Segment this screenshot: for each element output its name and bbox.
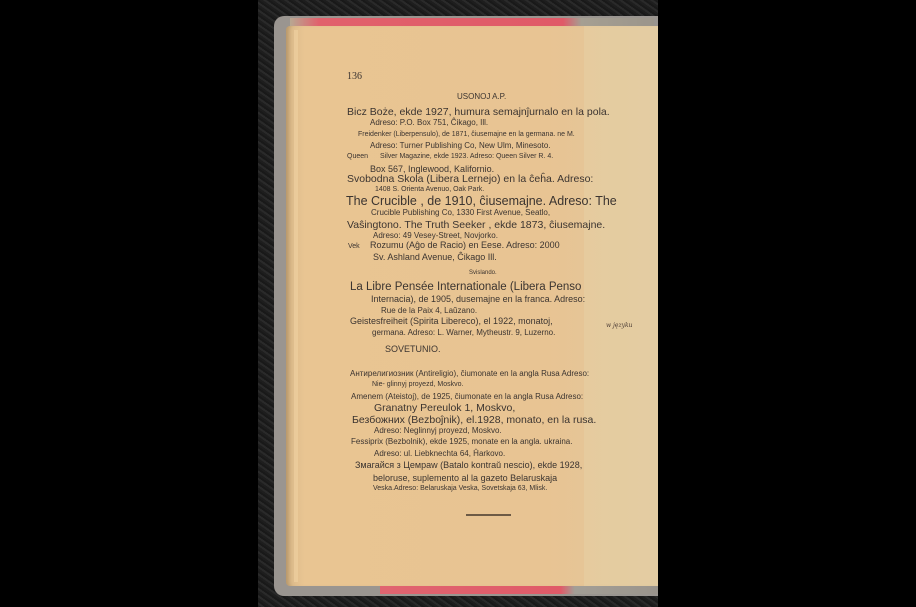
entry-line: Vaŝingtono. The Truth Seeker , ekde 1873…	[347, 220, 605, 231]
entry-line: Adreso: ul. Liebknechta 64, Ĥarkovo.	[374, 450, 505, 458]
entry-line: The Crucible , de 1910, ĉiusemajne. Adre…	[346, 195, 617, 208]
page-number: 136	[347, 72, 362, 82]
page-content: 136 USONOJ A.P. Bicz Boże, ekde 1927, hu…	[0, 0, 916, 607]
entry-line: Silver Magazine, ekde 1923. Adreso: Quee…	[380, 153, 553, 160]
entry-line: Adreso: 49 Vesey-Street, Novjorko.	[373, 232, 498, 240]
entry-line: Rue de la Paix 4, Laŭzano.	[381, 307, 477, 315]
entry-line: Veska.Adreso: Belaruskaja Veska, Sovetsk…	[373, 485, 547, 492]
section-heading-svislando: Svislando.	[469, 270, 497, 276]
section-heading-sovetunio: SOVETUNIO.	[385, 345, 441, 354]
entry-line: Rozumu (Aĝo de Racio) en Eese. Adreso: 2…	[370, 241, 560, 250]
entry-line: germana. Adreso: L. Warner, Mytheustr. 9…	[372, 329, 555, 337]
entry-line: Антирелигиозник (Antireligio), ĉiumonate…	[350, 370, 589, 378]
entry-line: Fessiprix (Bezbolnik), ekde 1925, monate…	[351, 438, 572, 446]
entry-line: Granatny Pereulok 1, Moskvo,	[374, 403, 515, 414]
entry-line: Sv. Ashland Avenue, Ĉikago Ill.	[373, 253, 497, 262]
end-rule-divider	[466, 514, 511, 516]
section-heading-usonoj: USONOJ A.P.	[457, 93, 506, 101]
entry-line: Безбожних (Bezboĵnik), el.1928, monato, …	[352, 415, 596, 426]
entry-line: Internacia), de 1905, dusemajne en la fr…	[371, 295, 585, 304]
entry-line: Adreso: Neglinnyj proyezd, Moskvo.	[374, 427, 502, 435]
entry-line: La Libre Pensée Internationale (Libera P…	[350, 282, 581, 294]
entry-line: Crucible Publishing Co, 1330 First Avenu…	[371, 209, 550, 217]
entry-line: Svobodna Skola (Libera Lernejo) en la ĉe…	[347, 174, 593, 185]
entry-line: Queen	[347, 153, 368, 160]
entry-line: Freidenker (Liberpensulo), de 1871, ĉius…	[358, 131, 575, 138]
entry-line: 1408 S. Orienta Avenuo, Oak Park.	[375, 186, 484, 193]
entry-line: Vek	[348, 243, 360, 250]
entry-line: Змагайся з Цемраw (Batalo kontraŭ nescio…	[355, 461, 582, 470]
entry-line: Adreso: P.O. Box 751, Ĉikago, Ill.	[370, 119, 488, 127]
entry-line: Bicz Boże, ekde 1927, humura semajnĵurna…	[347, 107, 610, 118]
entry-line: Amenem (Ateistoj), de 1925, ĉiumonate en…	[351, 393, 583, 401]
entry-line: Nie- glinnyj proyezd, Moskvo.	[372, 381, 463, 388]
entry-line: Geistesfreiheit (Spirita Libereco), el 1…	[350, 317, 553, 326]
entry-line: beloruse, suplemento al la gazeto Belaru…	[373, 474, 557, 483]
entry-line: Adreso: Turner Publishing Co, New Ulm, M…	[370, 142, 551, 150]
margin-handwritten-note: w języku	[606, 322, 633, 329]
